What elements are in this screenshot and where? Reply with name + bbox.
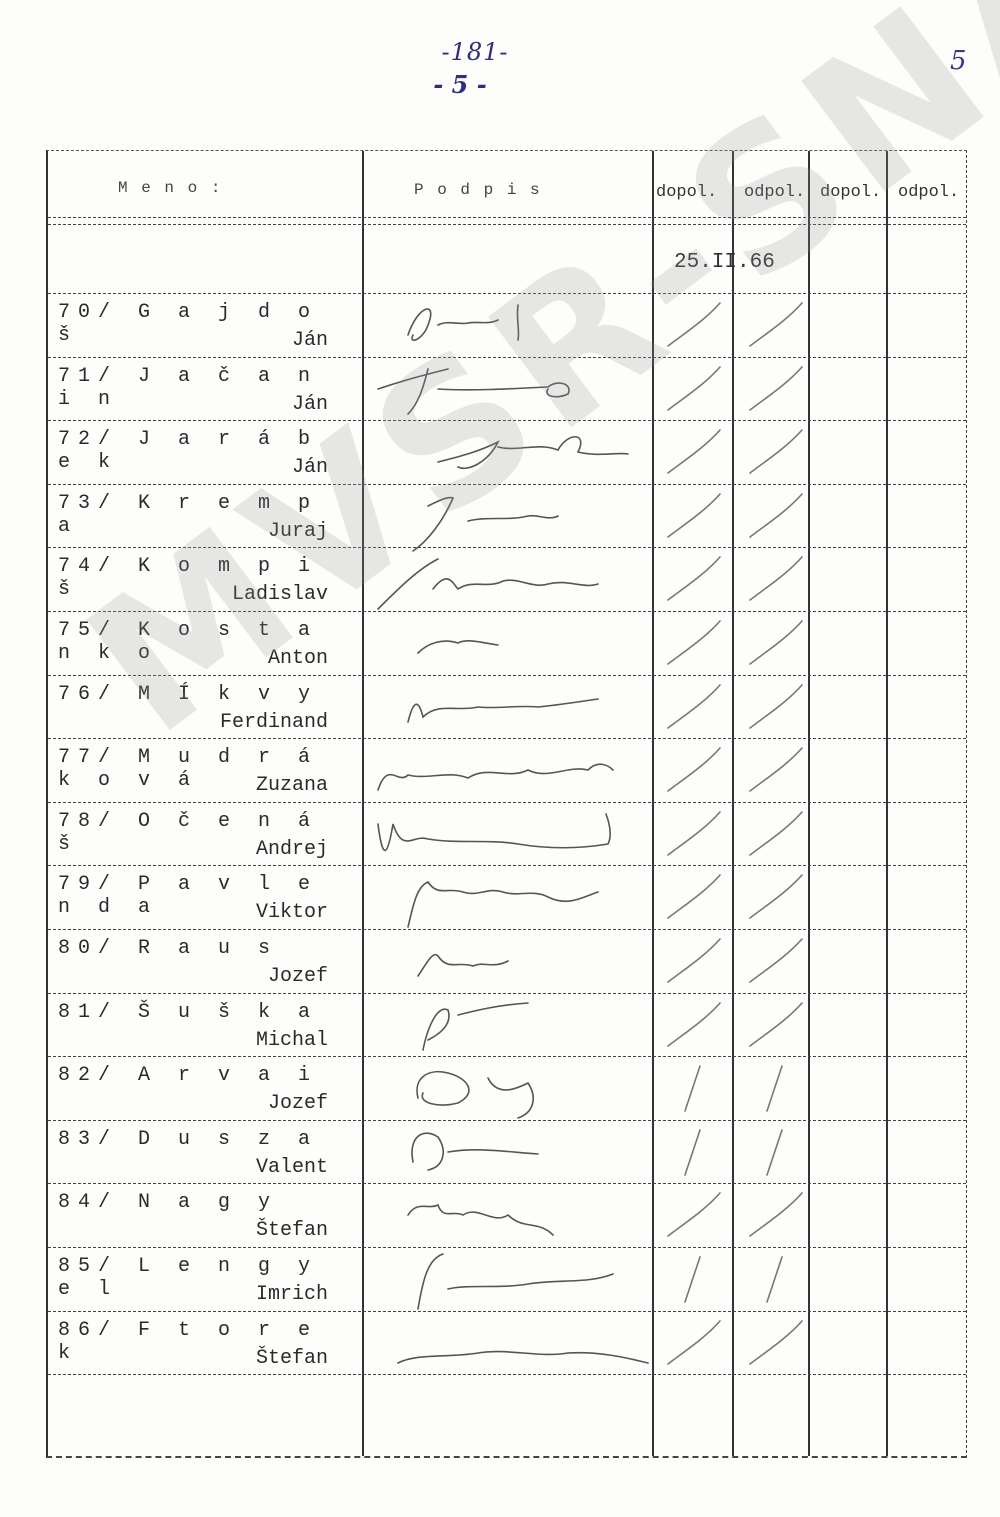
first-name: Zuzana bbox=[256, 774, 328, 797]
odpol-check-mark bbox=[742, 807, 812, 862]
first-name: Anton bbox=[268, 647, 328, 670]
row-divider bbox=[48, 293, 966, 294]
row-divider bbox=[48, 738, 966, 739]
row-divider bbox=[48, 865, 966, 866]
table-row: 77/ M u d r á k o v áZuzana bbox=[48, 746, 358, 810]
column-header-odpol-1: odpol. bbox=[744, 183, 805, 202]
odpol-check-mark bbox=[742, 870, 812, 925]
dopol-check-mark bbox=[660, 489, 730, 544]
table-row: 71/ J a č a n i nJán bbox=[48, 365, 358, 429]
table-row: 70/ G a j d o šJán bbox=[48, 301, 358, 365]
first-name: Ján bbox=[292, 393, 328, 416]
row-divider bbox=[48, 357, 966, 358]
dopol-check-mark bbox=[660, 298, 730, 353]
first-name: Juraj bbox=[268, 520, 328, 543]
table-row: 78/ O č e n á šAndrej bbox=[48, 810, 358, 874]
signature bbox=[368, 804, 648, 866]
surname: 84/ N a g y bbox=[58, 1191, 278, 1214]
row-divider bbox=[48, 1311, 966, 1312]
signature bbox=[368, 931, 648, 993]
first-name: Ján bbox=[292, 329, 328, 352]
signature bbox=[368, 1058, 648, 1120]
odpol-check-mark bbox=[742, 552, 812, 607]
first-name: Štefan bbox=[256, 1347, 328, 1370]
dopol-check-mark bbox=[660, 934, 730, 989]
row-divider bbox=[48, 1247, 966, 1248]
dopol-check-mark bbox=[660, 998, 730, 1053]
signature bbox=[368, 995, 648, 1057]
dopol-check-mark bbox=[660, 680, 730, 735]
corner-mark: 5 bbox=[950, 46, 967, 76]
odpol-check-mark bbox=[742, 1316, 812, 1371]
row-divider bbox=[48, 1056, 966, 1057]
row-divider bbox=[48, 547, 966, 548]
signature bbox=[368, 867, 648, 929]
row-divider bbox=[48, 1183, 966, 1184]
signature bbox=[368, 613, 648, 675]
row-divider bbox=[48, 420, 966, 421]
column-header-signature: P o d p i s bbox=[414, 181, 542, 199]
table-row: 83/ D u s z aValent bbox=[48, 1128, 358, 1192]
signature bbox=[368, 549, 648, 611]
table-row: 72/ J a r á b e kJán bbox=[48, 428, 358, 492]
dopol-check-mark bbox=[660, 807, 730, 862]
first-name: Ferdinand bbox=[220, 711, 328, 734]
first-name: Ján bbox=[292, 456, 328, 479]
odpol-check-mark bbox=[742, 298, 812, 353]
first-name: Michal bbox=[256, 1029, 328, 1052]
column-header-dopol-1: dopol. bbox=[656, 183, 717, 202]
table-row: 79/ P a v l e n d aViktor bbox=[48, 873, 358, 937]
column-header-odpol-2: odpol. bbox=[898, 183, 959, 202]
first-name: Andrej bbox=[256, 838, 328, 861]
table-row: 80/ R a u sJozef bbox=[48, 937, 358, 1001]
row-divider bbox=[48, 675, 966, 676]
row-divider bbox=[48, 929, 966, 930]
signature bbox=[368, 359, 648, 421]
surname: 76/ M Í k v y bbox=[58, 683, 318, 706]
table-row: 73/ K r e m p aJuraj bbox=[48, 492, 358, 556]
dopol-check-mark bbox=[660, 425, 730, 480]
odpol-check-mark bbox=[742, 362, 812, 417]
table-row: 75/ K o s t a n k oAnton bbox=[48, 619, 358, 683]
odpol-check-mark bbox=[742, 425, 812, 480]
odpol-check-mark bbox=[742, 489, 812, 544]
table-row: 82/ A r v a iJozef bbox=[48, 1064, 358, 1128]
signature bbox=[368, 677, 648, 739]
signature bbox=[368, 1249, 648, 1311]
first-name: Štefan bbox=[256, 1219, 328, 1242]
dopol-check-mark bbox=[660, 552, 730, 607]
column-divider bbox=[362, 151, 364, 1456]
dopol-check-mark bbox=[660, 870, 730, 925]
session-date: 25.II.66 bbox=[674, 251, 775, 274]
odpol-check-mark bbox=[742, 680, 812, 735]
signature bbox=[368, 1185, 648, 1247]
row-divider bbox=[48, 1120, 966, 1121]
first-name: Ladislav bbox=[232, 583, 328, 606]
row-divider bbox=[48, 611, 966, 612]
row-divider bbox=[48, 217, 966, 218]
signature bbox=[368, 422, 648, 484]
column-divider bbox=[886, 151, 888, 1456]
column-divider bbox=[652, 151, 654, 1456]
signature bbox=[368, 295, 648, 357]
dopol-check-mark bbox=[660, 743, 730, 798]
table-row: 85/ L e n g y e lImrich bbox=[48, 1255, 358, 1319]
surname: 82/ A r v a i bbox=[58, 1064, 318, 1087]
signature bbox=[368, 1313, 648, 1375]
handwritten-page-number: -181- bbox=[430, 38, 520, 66]
first-name: Jozef bbox=[268, 1092, 328, 1115]
dopol-check-mark bbox=[660, 1061, 730, 1116]
surname: 80/ R a u s bbox=[58, 937, 278, 960]
odpol-check-mark bbox=[742, 616, 812, 671]
row-divider bbox=[48, 484, 966, 485]
odpol-check-mark bbox=[742, 1188, 812, 1243]
dopol-check-mark bbox=[660, 1252, 730, 1307]
column-header-dopol-2: dopol. bbox=[820, 183, 881, 202]
signature bbox=[368, 1122, 648, 1184]
row-divider bbox=[48, 224, 966, 225]
column-header-name: M e n o : bbox=[118, 179, 222, 197]
odpol-check-mark bbox=[742, 934, 812, 989]
table-row: 84/ N a g yŠtefan bbox=[48, 1191, 358, 1255]
odpol-check-mark bbox=[742, 1125, 812, 1180]
table-row: 86/ F t o r e kŠtefan bbox=[48, 1319, 358, 1383]
dopol-check-mark bbox=[660, 1316, 730, 1371]
row-divider bbox=[48, 802, 966, 803]
dopol-check-mark bbox=[660, 616, 730, 671]
signature bbox=[368, 740, 648, 802]
first-name: Viktor bbox=[256, 901, 328, 924]
dopol-check-mark bbox=[660, 1188, 730, 1243]
typed-page-number: - 5 - bbox=[420, 70, 500, 99]
first-name: Valent bbox=[256, 1156, 328, 1179]
odpol-check-mark bbox=[742, 743, 812, 798]
surname: 81/ Š u š k a bbox=[58, 1001, 318, 1024]
first-name: Jozef bbox=[268, 965, 328, 988]
table-row: 76/ M Í k v yFerdinand bbox=[48, 683, 358, 747]
odpol-check-mark bbox=[742, 1061, 812, 1116]
surname: 83/ D u s z a bbox=[58, 1128, 318, 1151]
first-name: Imrich bbox=[256, 1283, 328, 1306]
odpol-check-mark bbox=[742, 998, 812, 1053]
row-divider bbox=[48, 1374, 966, 1375]
dopol-check-mark bbox=[660, 1125, 730, 1180]
table-row: 81/ Š u š k aMichal bbox=[48, 1001, 358, 1065]
table-row: 74/ K o m p i šLadislav bbox=[48, 555, 358, 619]
column-divider bbox=[732, 151, 734, 1456]
row-divider bbox=[48, 993, 966, 994]
signature bbox=[368, 486, 648, 548]
dopol-check-mark bbox=[660, 362, 730, 417]
odpol-check-mark bbox=[742, 1252, 812, 1307]
attendance-table: M e n o : P o d p i s dopol. odpol. dopo… bbox=[46, 150, 967, 1458]
